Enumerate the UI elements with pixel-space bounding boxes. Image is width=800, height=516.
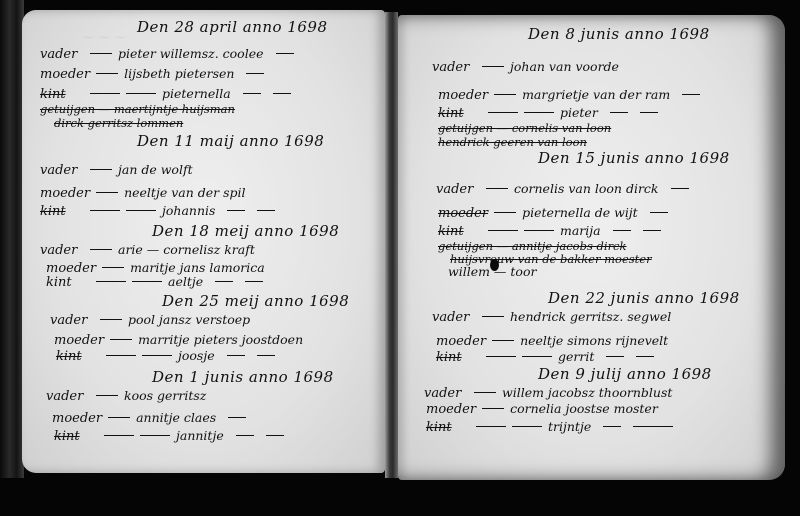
dash bbox=[671, 188, 689, 189]
father-name: arie — cornelisz kraft bbox=[118, 242, 255, 257]
father-label: vader bbox=[40, 243, 84, 258]
ink-blot bbox=[490, 259, 499, 271]
child-line: kint gerrit bbox=[436, 349, 654, 365]
child-label: kint bbox=[40, 204, 84, 219]
mother-line: moeder cornelia joostse moster bbox=[426, 401, 658, 417]
mother-line: moeder marritje pieters joostdoen bbox=[54, 332, 303, 348]
father-label: vader bbox=[436, 182, 480, 197]
father-name: hendrick gerritsz. segwel bbox=[510, 309, 671, 324]
mother-line: moeder neeltje van der spil bbox=[40, 185, 246, 201]
dash bbox=[492, 340, 514, 341]
child-name: aeltje bbox=[168, 274, 203, 289]
dash bbox=[524, 112, 554, 113]
dash bbox=[246, 73, 264, 74]
mother-label: moeder bbox=[40, 186, 90, 201]
dash bbox=[228, 417, 246, 418]
mother-line: moeder lijsbeth pietersen bbox=[40, 66, 264, 82]
dash bbox=[90, 210, 120, 211]
dash bbox=[110, 339, 132, 340]
father-label: vader bbox=[40, 47, 84, 62]
dash bbox=[104, 435, 134, 436]
witnesses-line-2: dirck gerritsz lommen bbox=[54, 116, 183, 130]
dash bbox=[633, 426, 673, 427]
child-name: johannis bbox=[162, 203, 215, 218]
dash bbox=[236, 435, 254, 436]
mother-name: maritje jans lamorica bbox=[130, 260, 265, 275]
mother-label: moeder bbox=[426, 402, 476, 417]
dash bbox=[482, 408, 504, 409]
dash bbox=[227, 355, 245, 356]
child-line: kint pieter bbox=[438, 105, 658, 121]
entry-date: Den 22 junis anno 1698 bbox=[548, 289, 740, 307]
dash bbox=[613, 230, 631, 231]
dash bbox=[142, 355, 172, 356]
entry-date: Den 15 junis anno 1698 bbox=[538, 149, 730, 167]
father-line: vader willem jacobsz thoornblust bbox=[424, 385, 672, 401]
witnesses-line-2: hendrick geeren van loon bbox=[438, 135, 587, 149]
father-label: vader bbox=[40, 163, 84, 178]
mother-label: moeder bbox=[436, 334, 486, 349]
dash bbox=[90, 249, 112, 250]
child-name: trijntje bbox=[548, 419, 591, 434]
witnesses-line: getuijgen — annitje jacobs dirck bbox=[438, 239, 626, 253]
dash bbox=[215, 281, 233, 282]
child-name: pieternella bbox=[162, 86, 231, 101]
mother-label: moeder bbox=[438, 88, 488, 103]
left-page: ~ ~ ~ Den 28 april anno 1698 vader piete… bbox=[22, 10, 385, 473]
mother-line: moeder neeltje simons rijnevelt bbox=[436, 333, 668, 349]
right-page: Den 8 junis anno 1698 vader johan van vo… bbox=[398, 15, 785, 480]
dash bbox=[474, 392, 496, 393]
father-label: vader bbox=[432, 60, 476, 75]
dash bbox=[494, 212, 516, 213]
child-label: kint bbox=[436, 350, 480, 365]
father-name: johan van voorde bbox=[510, 59, 619, 74]
child-label: kint bbox=[56, 349, 100, 364]
dash bbox=[90, 169, 112, 170]
dash bbox=[494, 94, 516, 95]
mother-label: moeder bbox=[52, 411, 102, 426]
dash bbox=[682, 94, 700, 95]
mother-line: moeder annitje claes bbox=[52, 410, 246, 426]
dash bbox=[488, 230, 518, 231]
entry-date: Den 25 meij anno 1698 bbox=[162, 292, 349, 310]
dash bbox=[603, 426, 621, 427]
mother-name: pieternella de wijt bbox=[522, 205, 638, 220]
child-line: kint marija bbox=[438, 223, 661, 239]
father-name: pool jansz verstoep bbox=[128, 312, 250, 327]
child-label: kint bbox=[54, 429, 98, 444]
dash bbox=[266, 435, 284, 436]
dash bbox=[96, 281, 126, 282]
dash bbox=[257, 210, 275, 211]
mother-name: lijsbeth pietersen bbox=[124, 66, 234, 81]
father-line: vader koos gerritsz bbox=[46, 388, 206, 404]
mother-name: neeltje simons rijnevelt bbox=[520, 333, 668, 348]
father-label: vader bbox=[50, 313, 94, 328]
dash bbox=[486, 188, 508, 189]
dash bbox=[482, 66, 504, 67]
entry-date: Den 1 junis anno 1698 bbox=[152, 368, 334, 386]
mother-name: cornelia joostse moster bbox=[510, 401, 658, 416]
child-label: kint bbox=[426, 420, 470, 435]
entry-date: Den 11 maij anno 1698 bbox=[137, 132, 324, 150]
dash bbox=[106, 355, 136, 356]
child-name: gerrit bbox=[558, 349, 594, 364]
entry-date: Den 28 april anno 1698 bbox=[137, 18, 328, 36]
father-line: vader hendrick gerritsz. segwel bbox=[432, 309, 671, 325]
mother-name: margrietje van der ram bbox=[522, 87, 670, 102]
dash bbox=[476, 426, 506, 427]
dash bbox=[650, 212, 668, 213]
father-line: vader jan de wolft bbox=[40, 162, 193, 178]
dash bbox=[273, 93, 291, 94]
dash bbox=[276, 53, 294, 54]
mother-label: moeder bbox=[40, 67, 90, 82]
father-name: pieter willemsz. coolee bbox=[118, 46, 264, 61]
child-name: marija bbox=[560, 223, 601, 238]
child-line: kint aeltje bbox=[46, 274, 263, 290]
entry-date: Den 18 meij anno 1698 bbox=[152, 222, 339, 240]
father-line: vader johan van voorde bbox=[432, 59, 619, 75]
entry-date: Den 8 junis anno 1698 bbox=[528, 25, 710, 43]
dash bbox=[486, 356, 516, 357]
dash bbox=[243, 93, 261, 94]
father-label: vader bbox=[424, 386, 468, 401]
child-line: kint jannitje bbox=[54, 428, 284, 444]
dash bbox=[96, 395, 118, 396]
father-line: vader cornelis van loon dirck bbox=[436, 181, 689, 197]
child-name: pieter bbox=[560, 105, 598, 120]
dash bbox=[522, 356, 552, 357]
father-name: cornelis van loon dirck bbox=[514, 181, 659, 196]
dash bbox=[643, 230, 661, 231]
dash bbox=[257, 355, 275, 356]
child-label: kint bbox=[438, 224, 482, 239]
mother-name: neeltje van der spil bbox=[124, 185, 245, 200]
mother-name: annitje claes bbox=[136, 410, 216, 425]
dash bbox=[126, 210, 156, 211]
father-name: jan de wolft bbox=[118, 162, 193, 177]
child-line: kint joosje bbox=[56, 348, 275, 364]
dash bbox=[126, 93, 156, 94]
father-name: koos gerritsz bbox=[124, 388, 206, 403]
child-line: kint pieternella bbox=[40, 86, 291, 102]
father-line: vader pieter willemsz. coolee bbox=[40, 46, 294, 62]
child-line: kint trijntje bbox=[426, 419, 673, 435]
father-label: vader bbox=[432, 310, 476, 325]
dash bbox=[108, 417, 130, 418]
dash bbox=[140, 435, 170, 436]
father-label: vader bbox=[46, 389, 90, 404]
book-binding-left-edge bbox=[0, 0, 24, 478]
mother-label: moeder bbox=[438, 206, 488, 221]
dash bbox=[606, 356, 624, 357]
child-name: jannitje bbox=[176, 428, 224, 443]
book-spine bbox=[385, 12, 398, 478]
dash bbox=[96, 192, 118, 193]
dash bbox=[90, 53, 112, 54]
dash bbox=[90, 93, 120, 94]
dash bbox=[640, 112, 658, 113]
witnesses-line: getuijgen — maertijntje huijsman bbox=[40, 102, 235, 116]
dash bbox=[102, 267, 124, 268]
dash bbox=[132, 281, 162, 282]
dash bbox=[245, 281, 263, 282]
mother-line: moeder pieternella de wijt bbox=[438, 205, 668, 221]
dash bbox=[636, 356, 654, 357]
mother-name: marritje pieters joostdoen bbox=[138, 332, 303, 347]
mother-label: moeder bbox=[54, 333, 104, 348]
dash bbox=[482, 316, 504, 317]
entry-date: Den 9 julij anno 1698 bbox=[538, 365, 712, 383]
dash bbox=[100, 319, 122, 320]
dash bbox=[524, 230, 554, 231]
child-label: kint bbox=[46, 275, 90, 290]
mother-line: moeder margrietje van der ram bbox=[438, 87, 700, 103]
child-name: joosje bbox=[178, 348, 215, 363]
witnesses-line: getuijgen — cornelis van loon bbox=[438, 121, 611, 135]
dash bbox=[96, 73, 118, 74]
dash bbox=[512, 426, 542, 427]
child-line: kint johannis bbox=[40, 203, 275, 219]
father-name: willem jacobsz thoornblust bbox=[502, 385, 672, 400]
child-label: kint bbox=[438, 106, 482, 121]
father-line: vader arie — cornelisz kraft bbox=[40, 242, 255, 258]
dash bbox=[610, 112, 628, 113]
father-line: vader pool jansz verstoep bbox=[50, 312, 250, 328]
bleed-through-text: ~ ~ ~ bbox=[82, 30, 126, 46]
dash bbox=[227, 210, 245, 211]
child-label: kint bbox=[40, 87, 84, 102]
dash bbox=[488, 112, 518, 113]
